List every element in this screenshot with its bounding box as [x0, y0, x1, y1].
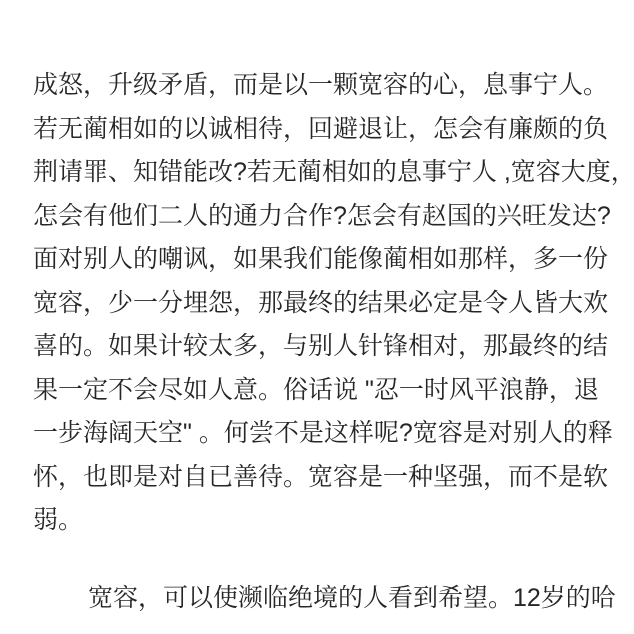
- article-text-block: 成怒，升级矛盾，而是以一颗宽容的心，息事宁人。 若无蔺相如的以诚相待，回避退让，…: [33, 64, 631, 620]
- paragraph-new: 宽容，可以使濒临绝境的人看到希望。12岁的哈: [33, 577, 631, 621]
- text-line: 成怒，升级矛盾，而是以一颗宽容的心，息事宁人。: [33, 64, 631, 108]
- text-line: 怀，也即是对自已善待。宽容是一种坚强，而不是软: [33, 456, 631, 500]
- text-line: 宽容，可以使濒临绝境的人看到希望。12岁的哈: [33, 577, 631, 621]
- text-line: 怎会有他们二人的通力合作?怎会有赵国的兴旺发达?: [33, 195, 631, 239]
- text-line: 面对别人的嘲讽，如果我们能像蔺相如那样，多一份: [33, 238, 631, 282]
- text-line: 宽容，少一分埋怨，那最终的结果必定是令人皆大欢: [33, 282, 631, 326]
- text-line: 果一定不会尽如人意。俗话说 "忍一时风平浪静，退: [33, 369, 631, 413]
- text-line: 弱。: [33, 499, 631, 543]
- text-line: 荆请罪、知错能改?若无蔺相如的息事宁人 ,宽容大度，: [33, 151, 631, 195]
- text-line: 喜的。如果计较太多，与别人针锋相对，那最终的结: [33, 325, 631, 369]
- paragraph-continuation: 成怒，升级矛盾，而是以一颗宽容的心，息事宁人。 若无蔺相如的以诚相待，回避退让，…: [33, 64, 631, 543]
- text-line: 若无蔺相如的以诚相待，回避退让，怎会有廉颇的负: [33, 108, 631, 152]
- text-line: 一步海阔天空" 。何尝不是这样呢?宽容是对别人的释: [33, 412, 631, 456]
- document-page: 成怒，升级矛盾，而是以一颗宽容的心，息事宁人。 若无蔺相如的以诚相待，回避退让，…: [0, 0, 634, 634]
